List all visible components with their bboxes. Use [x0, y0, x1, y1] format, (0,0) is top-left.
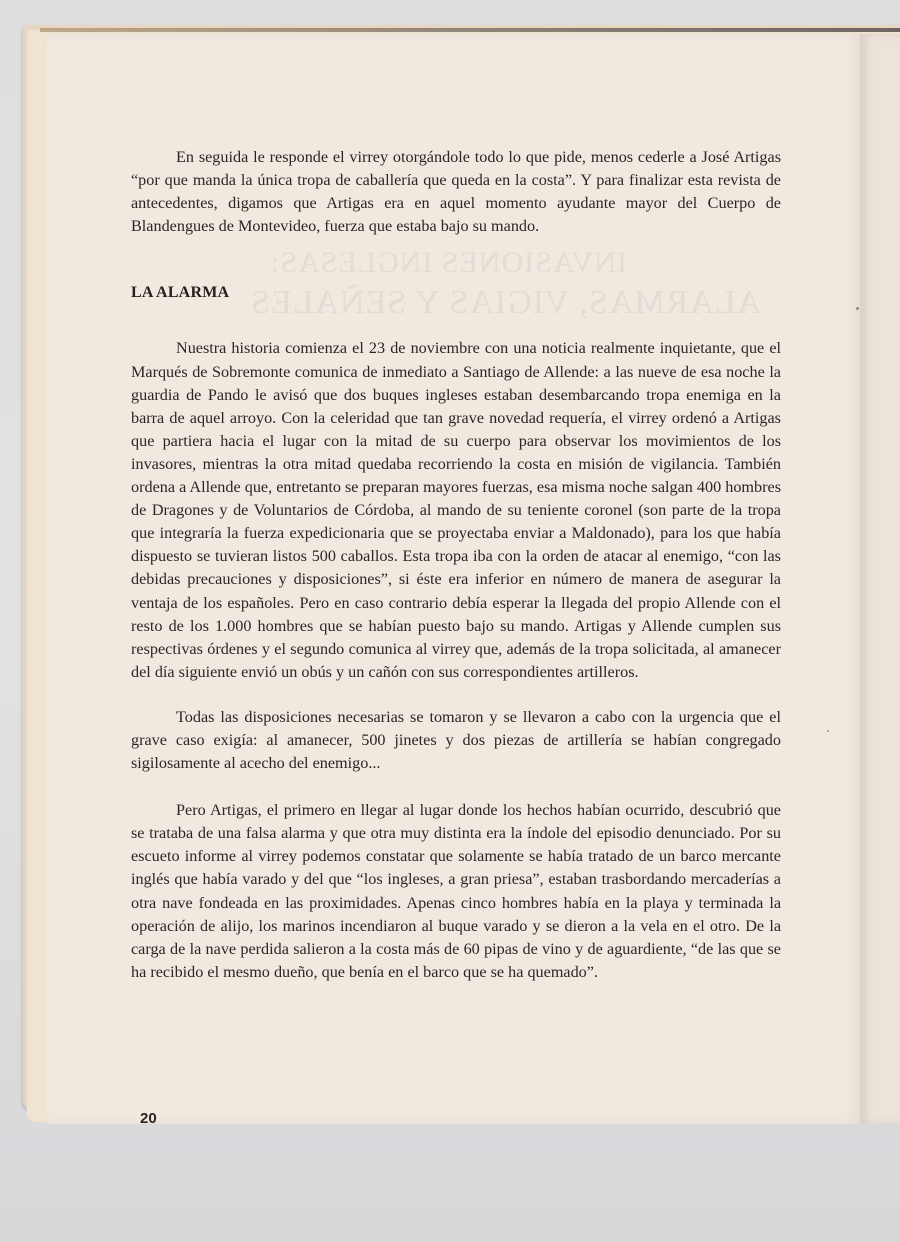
section-paragraph-2: Todas las disposiciones necesarias se to…	[131, 706, 781, 775]
paper-speck	[856, 307, 859, 310]
page-top-shadow	[40, 28, 900, 32]
facing-page-edge	[860, 34, 900, 1124]
section-paragraph-3: Pero Artigas, el primero en llegar al lu…	[131, 799, 781, 984]
section-paragraph-1: Nuestra historia comienza el 23 de novie…	[131, 337, 781, 683]
section-heading: LA ALARMA	[131, 281, 781, 304]
page-number: 20	[140, 1110, 157, 1127]
paper-speck	[827, 730, 829, 732]
page-body: En seguida le responde el virrey otorgán…	[131, 146, 781, 984]
intro-paragraph: En seguida le responde el virrey otorgán…	[131, 146, 781, 238]
